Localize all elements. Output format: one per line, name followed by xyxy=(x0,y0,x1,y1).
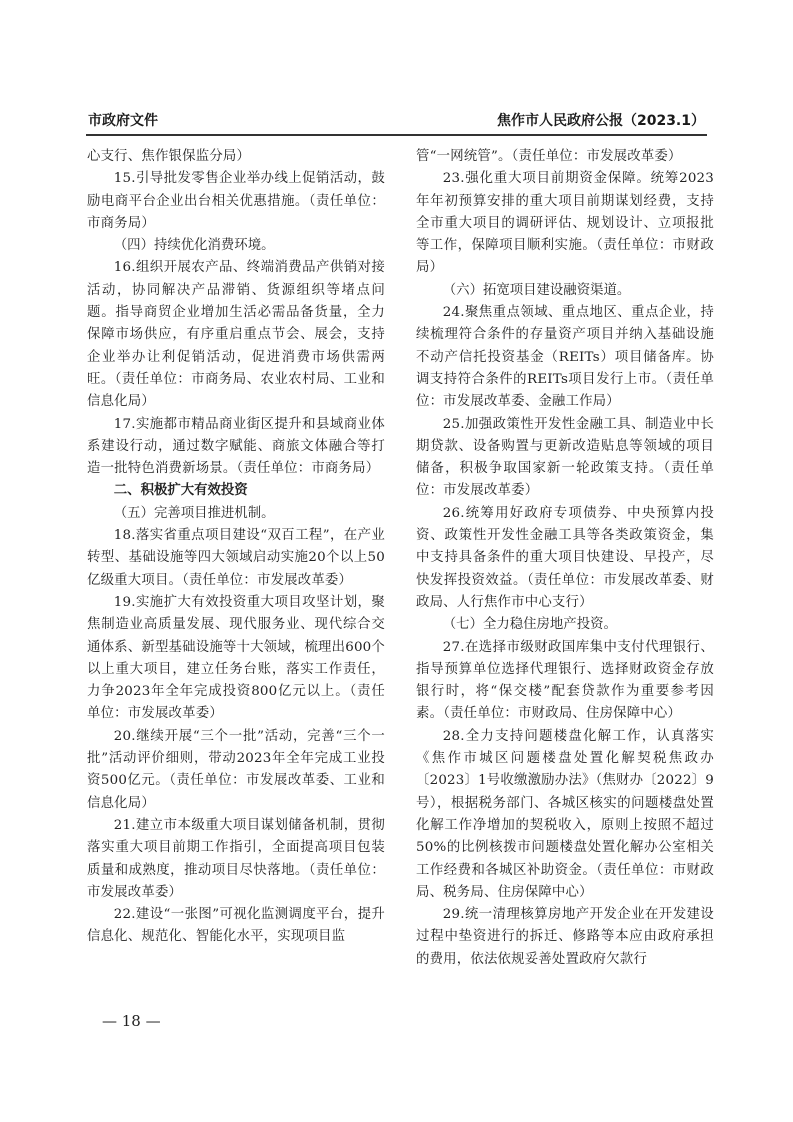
numbered-paragraph: 25.加强政策性开发性金融工具、制造业中长期贷款、设备购置与更新改造贴息等领域的… xyxy=(416,414,714,503)
continued-paragraph: 管“一网统管”。（责任单位：市发展改革委） xyxy=(416,146,714,168)
numbered-paragraph: 21.建立市本级重大项目谋划储备机制，贯彻落实重大项目前期工作指引，全面提高项目… xyxy=(87,815,385,904)
left-column: 心支行、焦作银保监分局）15.引导批发零售企业举办线上促销活动，鼓励电商平台企业… xyxy=(87,146,385,949)
numbered-paragraph: 22.建设“一张图”可视化监测调度平台，提升信息化、规范化、智能化水平，实现项目… xyxy=(87,904,385,949)
continued-paragraph: 心支行、焦作银保监分局） xyxy=(87,146,385,168)
numbered-paragraph: 29.统一清理核算房地产开发企业在开发建设过程中垫资进行的拆迁、修路等本应由政府… xyxy=(416,904,714,971)
numbered-paragraph: 26.统筹用好政府专项债券、中央预算内投资、政策性开发性金融工具等各类政策资金，… xyxy=(416,503,714,614)
page-number: — 18 — xyxy=(102,1012,161,1030)
numbered-paragraph: 27.在选择市级财政国库集中支付代理银行、指导预算单位选择代理银行、选择财政资金… xyxy=(416,637,714,726)
numbered-paragraph: 24.聚焦重点领域、重点地区、重点企业，持续梳理符合条件的存量资产项目并纳入基础… xyxy=(416,302,714,413)
numbered-paragraph: 17.实施都市精品商业街区提升和县域商业体系建设行动，通过数字赋能、商旅文体融合… xyxy=(87,414,385,481)
right-column: 管“一网统管”。（责任单位：市发展改革委）23.强化重大项目前期资金保障。统筹2… xyxy=(416,146,714,971)
subsection-heading: （七）全力稳住房地产投资。 xyxy=(416,614,714,636)
numbered-paragraph: 15.引导批发零售企业举办线上促销活动，鼓励电商平台企业出台相关优惠措施。（责任… xyxy=(87,168,385,235)
numbered-paragraph: 23.强化重大项目前期资金保障。统筹2023年年初预算安排的重大项目前期谋划经费… xyxy=(416,168,714,279)
subsection-heading: （六）拓宽项目建设融资渠道。 xyxy=(416,280,714,302)
numbered-paragraph: 16.组织开展农产品、终端消费品产供销对接活动，协同解决产品滞销、货源组织等堵点… xyxy=(87,257,385,413)
header-publication-title: 焦作市人民政府公报（2023.1） xyxy=(497,110,705,130)
header-section-label: 市政府文件 xyxy=(88,110,158,130)
numbered-paragraph: 19.实施扩大有效投资重大项目攻坚计划，聚焦制造业高质量发展、现代服务业、现代综… xyxy=(87,592,385,726)
numbered-paragraph: 18.落实省重点项目建设“双百工程”，在产业转型、基础设施等四大领域启动实施20… xyxy=(87,525,385,592)
subsection-heading: （四）持续优化消费环境。 xyxy=(87,235,385,257)
numbered-paragraph: 28.全力支持问题楼盘化解工作，认真落实《焦作市城区问题楼盘处置化解契税焦政办〔… xyxy=(416,726,714,904)
section-heading: 二、积极扩大有效投资 xyxy=(87,480,385,502)
subsection-heading: （五）完善项目推进机制。 xyxy=(87,503,385,525)
page-header: 市政府文件 焦作市人民政府公报（2023.1） xyxy=(86,108,707,136)
numbered-paragraph: 20.继续开展“三个一批”活动，完善“三个一批”活动评价细则，带动2023年全年… xyxy=(87,726,385,815)
